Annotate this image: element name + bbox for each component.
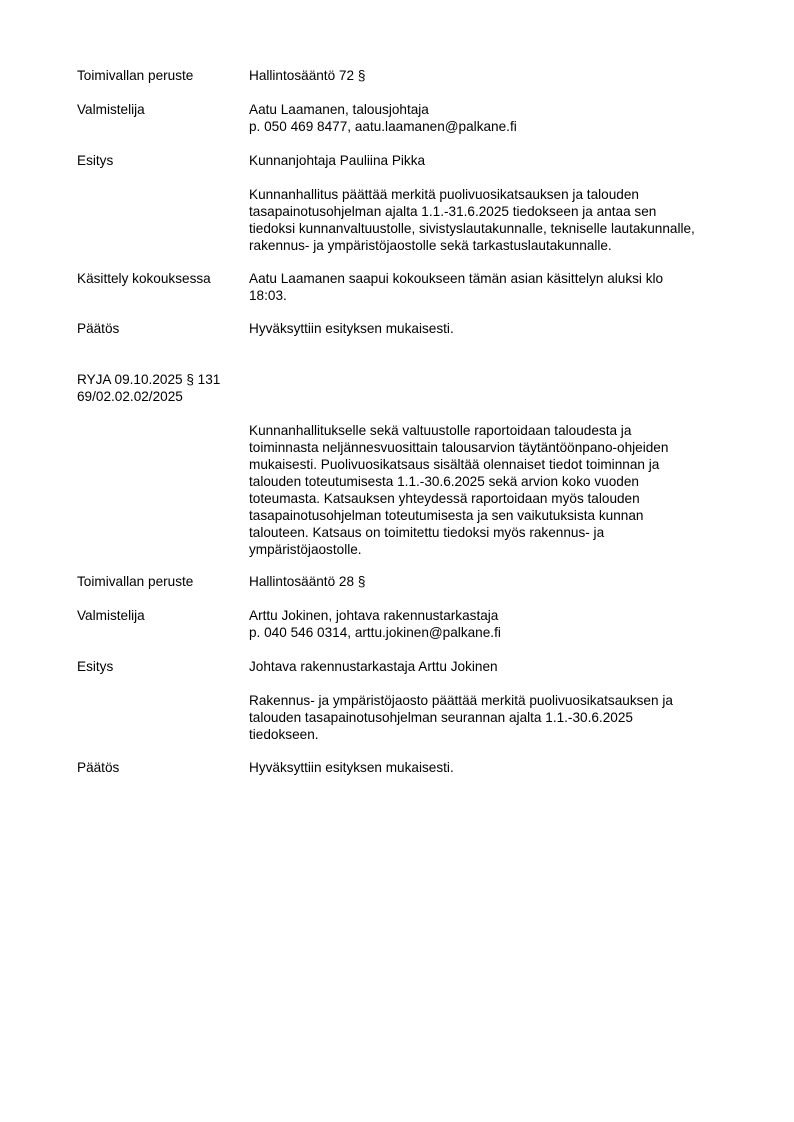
preparer-contact: p. 050 469 8477, aatu.laamanen@palkane.f… xyxy=(249,118,737,135)
proposal-line: rakennus- ja ympäristöjaostolle sekä tar… xyxy=(249,237,737,254)
field-value: Johtava rakennustarkastaja Arttu Jokinen… xyxy=(249,658,737,743)
field-value: Arttu Jokinen, johtava rakennustarkastaj… xyxy=(249,607,737,641)
handling-line: 18:03. xyxy=(249,287,737,304)
document-page: Toimivallan peruste Hallintosääntö 72 § … xyxy=(0,0,794,1122)
intro-paragraph: Kunnanhallitukselle sekä valtuustolle ra… xyxy=(249,422,737,558)
intro-line: toiminnasta neljännesvuosittain talousar… xyxy=(249,439,737,456)
field-value: Hyväksyttiin esityksen mukaisesti. xyxy=(249,320,737,337)
field-label: Päätös xyxy=(77,320,247,337)
field-value: Hyväksyttiin esityksen mukaisesti. xyxy=(249,759,737,776)
proposal-line: Kunnanhallitus päättää merkitä puolivuos… xyxy=(249,186,737,203)
field-label: Valmistelija xyxy=(77,101,247,118)
field-value: Hallintosääntö 72 § xyxy=(249,67,737,84)
field-label: Käsittely kokouksessa xyxy=(77,270,247,287)
handling-line: Aatu Laamanen saapui kokoukseen tämän as… xyxy=(249,270,737,287)
field-value: Aatu Laamanen saapui kokoukseen tämän as… xyxy=(249,270,737,304)
intro-line: talouden toteutumisesta 1.1.-30.6.2025 s… xyxy=(249,473,737,490)
field-label: Esitys xyxy=(77,152,247,169)
proposal-line: tiedokseen. xyxy=(249,726,737,743)
proposal-line: tasapainotusohjelman ajalta 1.1.-31.6.20… xyxy=(249,203,737,220)
field-value: Hallintosääntö 28 § xyxy=(249,573,737,590)
proposal-line: tiedoksi kunnanvaltuustolle, sivistyslau… xyxy=(249,220,737,237)
intro-line: mukaisesti. Puolivuosikatsaus sisältää o… xyxy=(249,456,737,473)
intro-line: toteumasta. Katsauksen yhteydessä raport… xyxy=(249,490,737,507)
field-label: Päätös xyxy=(77,759,247,776)
field-value: Aatu Laamanen, talousjohtaja p. 050 469 … xyxy=(249,101,737,135)
intro-line: ympäristöjaostolle. xyxy=(249,541,737,558)
reference-block: RYJA 09.10.2025 § 131 69/02.02.02/2025 xyxy=(77,371,247,405)
intro-line: talouteen. Katsaus on toimitettu tiedoks… xyxy=(249,524,737,541)
intro-line: tasapainotusohjelman toteutumisesta ja s… xyxy=(249,507,737,524)
field-label: Esitys xyxy=(77,658,247,675)
reference-meeting: RYJA 09.10.2025 § 131 xyxy=(77,371,247,388)
field-label: Valmistelija xyxy=(77,607,247,624)
field-label: Toimivallan peruste xyxy=(77,67,247,84)
presenter: Johtava rakennustarkastaja Arttu Jokinen xyxy=(249,658,737,675)
intro-line: Kunnanhallitukselle sekä valtuustolle ra… xyxy=(249,422,737,439)
field-value: Kunnanjohtaja Pauliina Pikka Kunnanhalli… xyxy=(249,152,737,254)
preparer-name: Arttu Jokinen, johtava rakennustarkastaj… xyxy=(249,607,737,624)
reference-record-number: 69/02.02.02/2025 xyxy=(77,388,247,405)
proposal-line: talouden tasapainotusohjelman seurannan … xyxy=(249,709,737,726)
field-label: Toimivallan peruste xyxy=(77,573,247,590)
presenter: Kunnanjohtaja Pauliina Pikka xyxy=(249,152,737,169)
preparer-name: Aatu Laamanen, talousjohtaja xyxy=(249,101,737,118)
proposal-line: Rakennus- ja ympäristöjaosto päättää mer… xyxy=(249,692,737,709)
preparer-contact: p. 040 546 0314, arttu.jokinen@palkane.f… xyxy=(249,624,737,641)
